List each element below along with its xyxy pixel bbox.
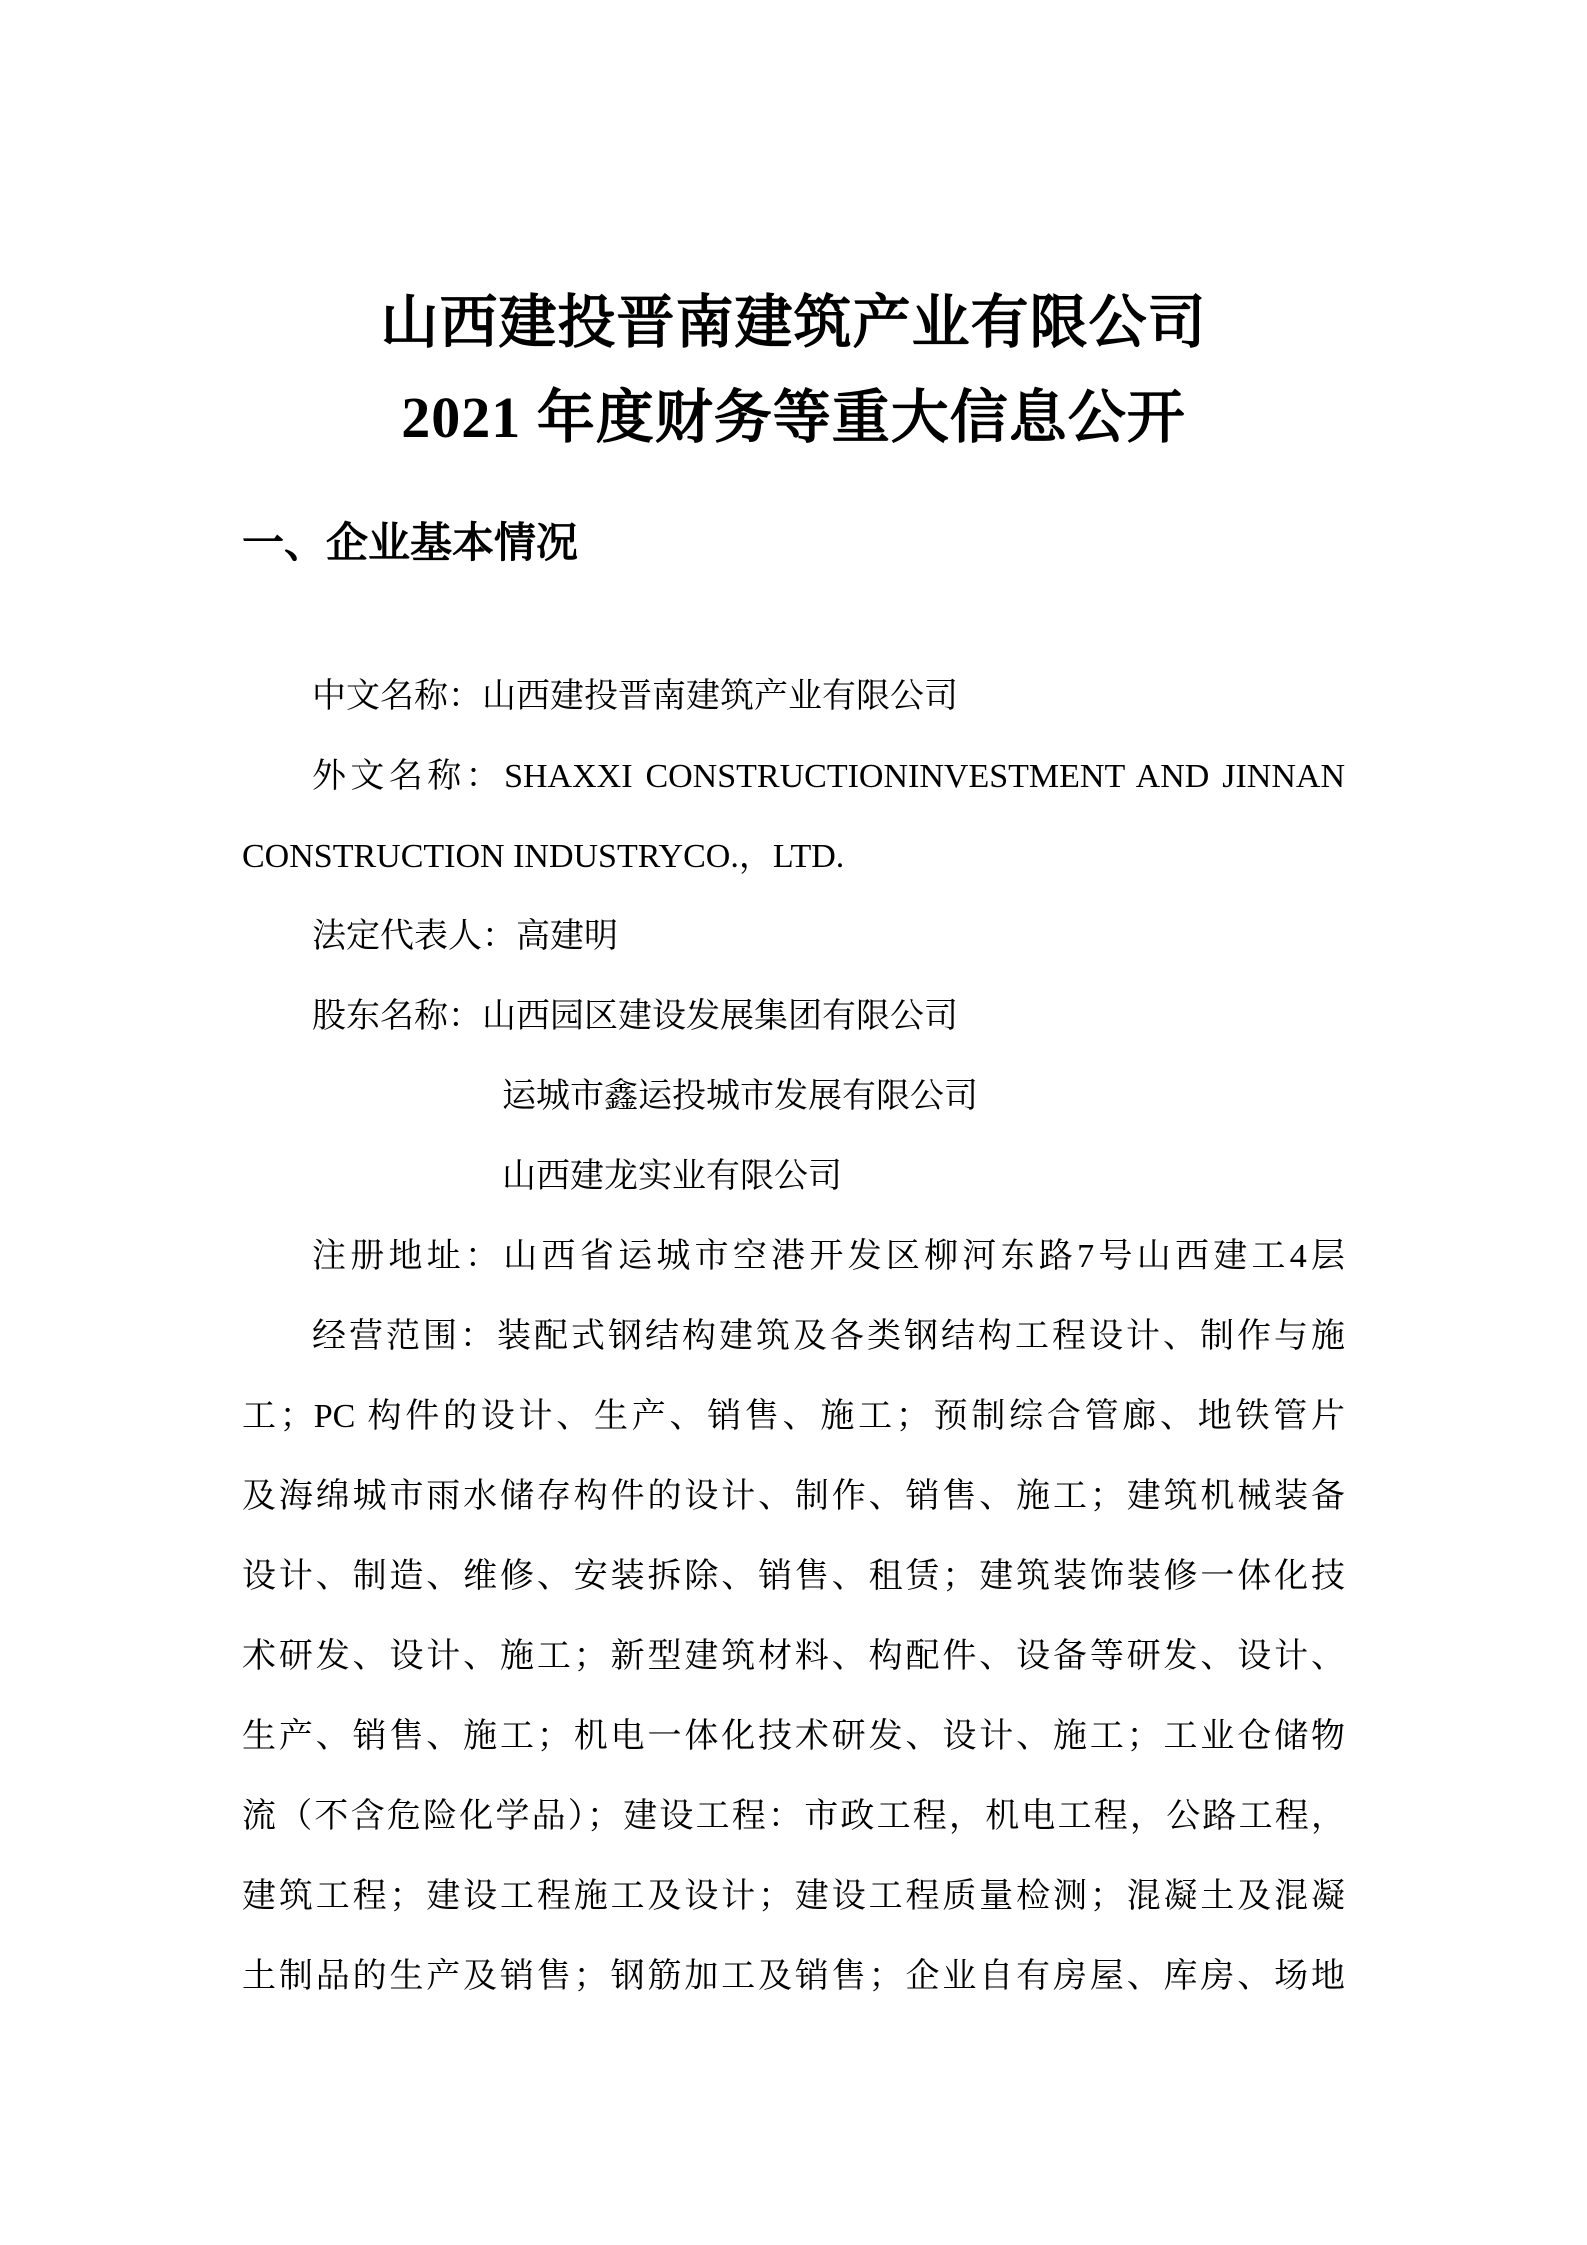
document-title: 山西建投晋南建筑产业有限公司 2021 年度财务等重大信息公开 — [242, 0, 1345, 465]
business-scope-line-7: 流（不含危险化学品）；建设工程：市政工程，机电工程，公路工程， — [242, 1777, 1345, 1857]
shareholder-line-1: 股东名称：山西园区建设发展集团有限公司 — [242, 977, 1345, 1057]
title-line-company-name: 山西建投晋南建筑产业有限公司 — [242, 275, 1345, 370]
business-scope-line-8: 建筑工程；建设工程施工及设计；建设工程质量检测；混凝土及混凝 — [242, 1857, 1345, 1937]
body-text: 中文名称：山西建投晋南建筑产业有限公司 外文名称：SHAXXI CONSTRUC… — [242, 657, 1345, 2017]
legal-representative-line: 法定代表人：高建明 — [242, 897, 1345, 977]
chinese-name-line: 中文名称：山西建投晋南建筑产业有限公司 — [242, 657, 1345, 737]
page-content: 山西建投晋南建筑产业有限公司 2021 年度财务等重大信息公开 一、企业基本情况… — [242, 0, 1345, 2017]
section-heading-basic-info: 一、企业基本情况 — [242, 515, 1345, 570]
document-page: 山西建投晋南建筑产业有限公司 2021 年度财务等重大信息公开 一、企业基本情况… — [0, 0, 1587, 2245]
foreign-name-line-2: CONSTRUCTION INDUSTRYCO.，LTD. — [242, 817, 1345, 897]
business-scope-line-2: 工；PC 构件的设计、生产、销售、施工；预制综合管廊、地铁管片 — [242, 1377, 1345, 1457]
shareholder-line-2: 运城市鑫运投城市发展有限公司 — [242, 1057, 1345, 1137]
business-scope-line-9: 土制品的生产及销售；钢筋加工及销售；企业自有房屋、库房、场地 — [242, 1937, 1345, 2017]
title-line-report-name: 2021 年度财务等重大信息公开 — [242, 370, 1345, 465]
shareholder-line-3: 山西建龙实业有限公司 — [242, 1137, 1345, 1217]
business-scope-line-1: 经营范围：装配式钢结构建筑及各类钢结构工程设计、制作与施 — [242, 1297, 1345, 1377]
business-scope-line-5: 术研发、设计、施工；新型建筑材料、构配件、设备等研发、设计、 — [242, 1617, 1345, 1697]
foreign-name-line-1: 外文名称：SHAXXI CONSTRUCTIONINVESTMENT AND J… — [242, 737, 1345, 817]
business-scope-line-3: 及海绵城市雨水储存构件的设计、制作、销售、施工；建筑机械装备 — [242, 1457, 1345, 1537]
business-scope-line-6: 生产、销售、施工；机电一体化技术研发、设计、施工；工业仓储物 — [242, 1697, 1345, 1777]
registered-address-line: 注册地址：山西省运城市空港开发区柳河东路7号山西建工4层 — [242, 1217, 1345, 1297]
business-scope-line-4: 设计、制造、维修、安装拆除、销售、租赁；建筑装饰装修一体化技 — [242, 1537, 1345, 1617]
